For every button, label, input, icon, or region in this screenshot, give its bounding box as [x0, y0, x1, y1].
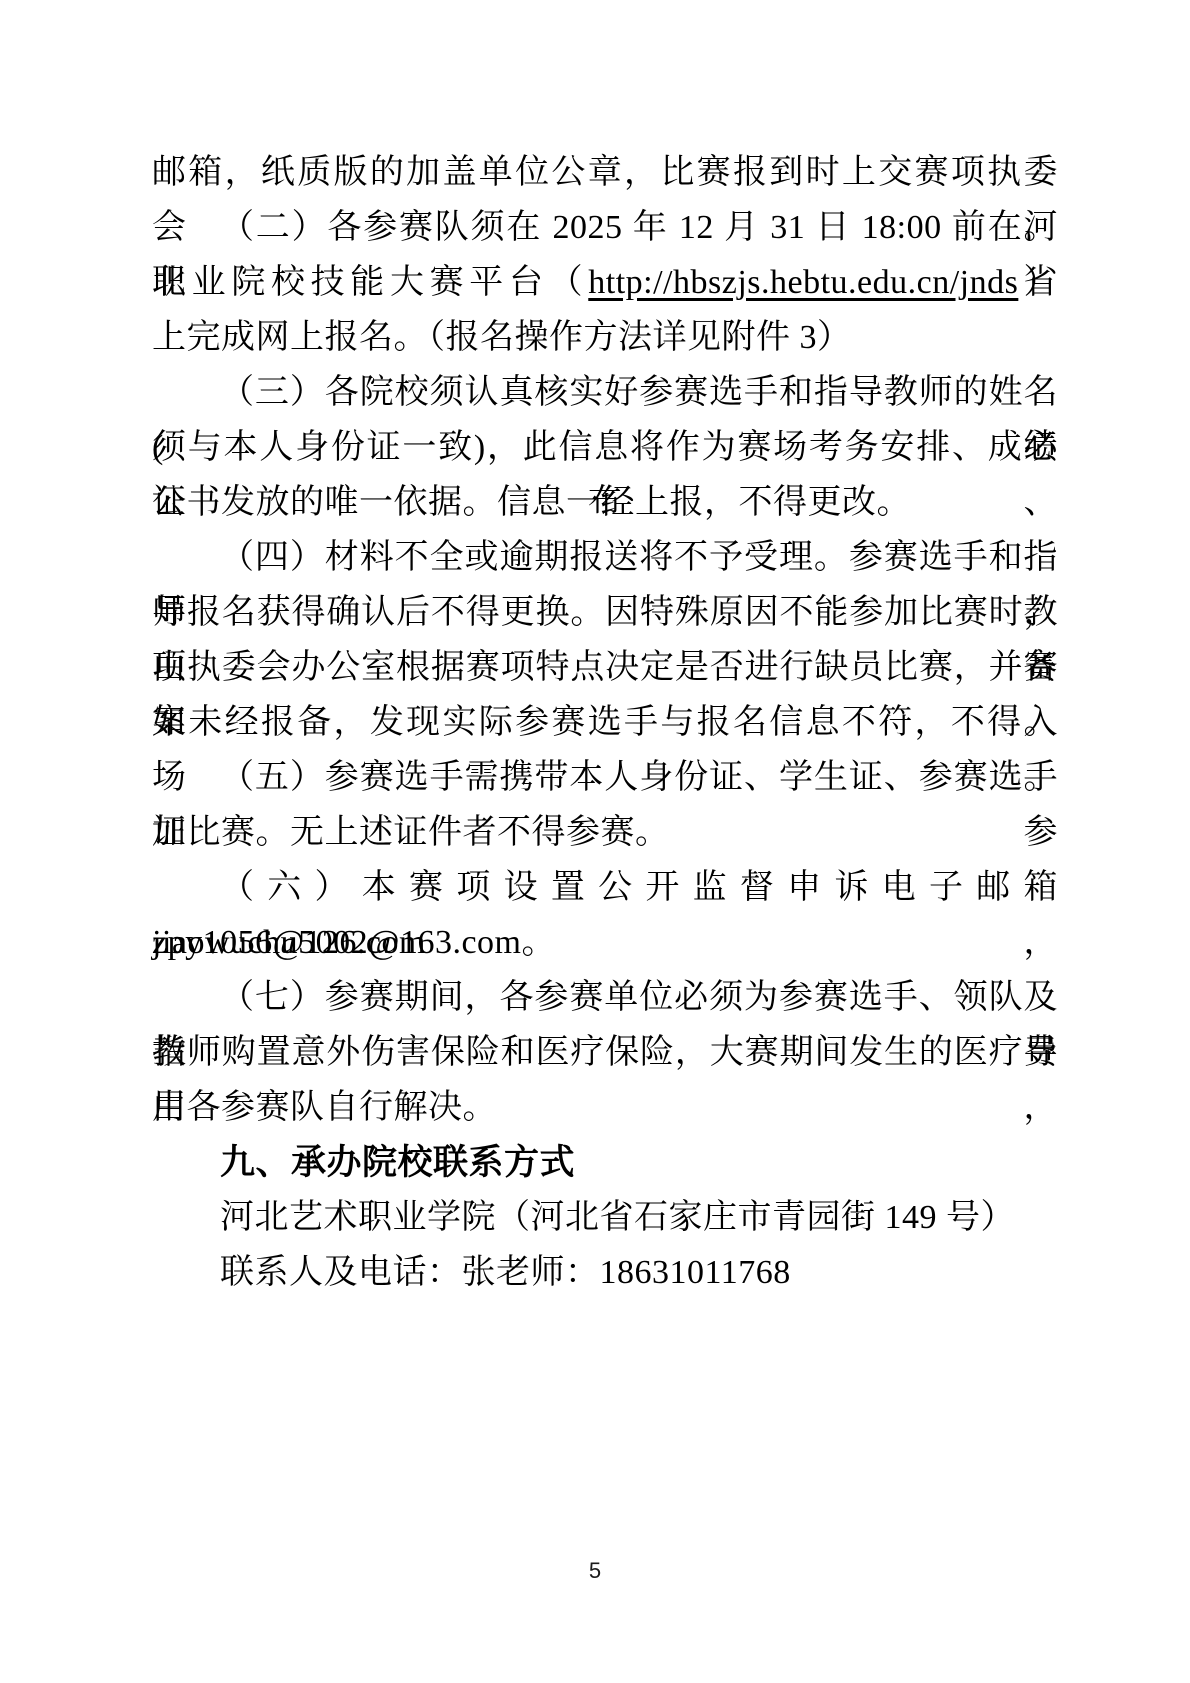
document-page: 邮箱，纸质版的加盖单位公章，比赛报到时上交赛项执委会。 （二）各参赛队须在 20… [0, 0, 1190, 1683]
doc-line-item-5: （五）参赛选手需携带本人身份证、学生证、参赛选手证参 [152, 750, 1058, 805]
doc-line: 师报名获得确认后不得更换。因特殊原因不能参加比赛时，由赛 [152, 585, 1058, 640]
doc-line: 须与本人身份证一致)，此信息将作为赛场考务安排、成绩公布、 [152, 420, 1058, 475]
url-line-prefix: 职业院校技能大赛平台（ [152, 264, 588, 301]
doc-line: 邮箱，纸质版的加盖单位公章，比赛报到时上交赛项执委会。 [152, 145, 1058, 200]
doc-line-host-school: 河北艺术职业学院（河北省石家庄市青园街 149 号） [152, 1190, 1058, 1245]
document-body: 邮箱，纸质版的加盖单位公章，比赛报到时上交赛项执委会。 （二）各参赛队须在 20… [152, 145, 1058, 1300]
section-heading: 九、承办院校联系方式 [152, 1135, 1058, 1190]
page-number: 5 [589, 1558, 601, 1583]
url-line-suffix: ） [1018, 264, 1058, 301]
doc-line: 项执委会办公室根据赛项特点决定是否进行缺员比赛，并备案。 [152, 640, 1058, 695]
doc-line: 教师购置意外伤害保险和医疗保险，大赛期间发生的医疗费用， [152, 1025, 1058, 1080]
doc-line-url: 职业院校技能大赛平台（http://hbszjs.hebtu.edu.cn/jn… [152, 255, 1058, 310]
doc-line-contact: 联系人及电话：张老师：18631011768 [152, 1245, 1058, 1300]
doc-line-item-2: （二）各参赛队须在 2025 年 12 月 31 日 18:00 前在河北省 [152, 200, 1058, 255]
doc-line: 如未经报备，发现实际参赛选手与报名信息不符，不得入场。 [152, 695, 1058, 750]
page-footer: 5 [0, 1558, 1190, 1584]
doc-line-item-7: （七）参赛期间，各参赛单位必须为参赛选手、领队及指导 [152, 970, 1058, 1025]
doc-line-item-6: （六）本赛项设置公开监督申诉电子邮箱zpy1056@126.com， [152, 860, 1058, 915]
registration-platform-link[interactable]: http://hbszjs.hebtu.edu.cn/jnds [588, 264, 1018, 301]
doc-line-item-3: （三）各院校须认真核实好参赛选手和指导教师的姓名(必 [152, 365, 1058, 420]
doc-line: 上完成网上报名。（报名操作方法详见附件 3） [152, 310, 1058, 365]
doc-line-item-4: （四）材料不全或逾期报送将不予受理。参赛选手和指导教 [152, 530, 1058, 585]
